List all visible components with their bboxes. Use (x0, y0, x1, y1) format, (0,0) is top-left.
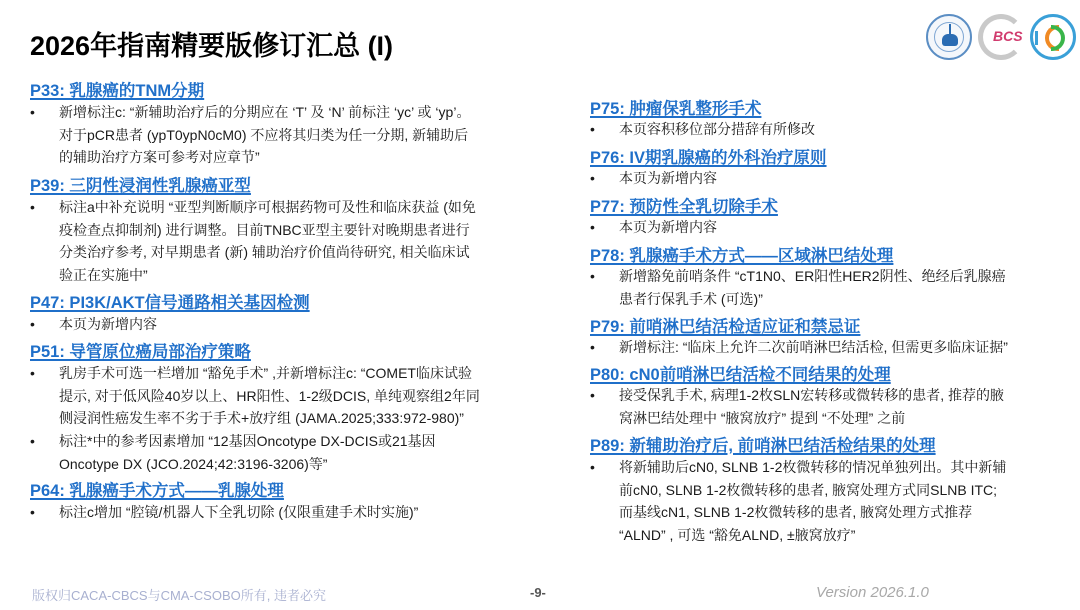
bullet-icon: • (590, 216, 610, 239)
section-heading-p75[interactable]: P75: 肿瘤保乳整形手术 (590, 95, 761, 119)
section-heading-p33[interactable]: P33: 乳腺癌的TNM分期 (30, 77, 204, 101)
section-heading-p80[interactable]: P80: cN0前哨淋巴结活检不同结果的处理 (590, 361, 891, 385)
bcs-logo-text: BCS (993, 28, 1023, 44)
bullet-text: 本页为新增内容 (619, 216, 717, 239)
bcs-logo-icon: BCS (978, 14, 1024, 60)
bullet-icon: • (30, 313, 50, 336)
bullet-text: 本页容积移位部分措辞有所修改 (619, 118, 815, 141)
section-heading-p39[interactable]: P39: 三阴性浸润性乳腺癌亚型 (30, 172, 251, 196)
bullet-icon: • (590, 456, 610, 479)
csobo-logo-icon (1030, 14, 1076, 60)
bullet-text: 新增豁免前哨条件 “cT1N0、ER阳性HER2阴性、绝经后乳腺癌 患者行保乳手… (619, 265, 1006, 310)
bullet-icon: • (30, 362, 50, 385)
page-title: 2026年指南精要版修订汇总 (I) (30, 24, 393, 63)
bullet-icon: • (590, 384, 610, 407)
footer-copyright: 版权归CACA-CBCS与CMA-CSOBO所有, 违者必究 (32, 585, 326, 604)
bullet-icon: • (590, 118, 610, 141)
bullet-icon: • (590, 336, 610, 359)
bullet-text: 本页为新增内容 (619, 167, 717, 190)
logo-group: BCS (926, 14, 1076, 60)
version-label: Version 2026.1.0 (816, 584, 929, 601)
section-heading-p78[interactable]: P78: 乳腺癌手术方式——区域淋巴结处理 (590, 242, 893, 266)
bullet-icon: • (30, 196, 50, 219)
bullet-icon: • (590, 167, 610, 190)
bullet-text: 标注c增加 “腔镜/机器人下全乳切除 (仅限重建手术时实施)” (59, 501, 418, 524)
bullet-text: 本页为新增内容 (59, 313, 157, 336)
page-number: -9- (530, 585, 546, 600)
bullet-icon: • (30, 101, 50, 124)
caca-logo-icon (926, 14, 972, 60)
bullet-icon: • (30, 430, 50, 453)
section-heading-p89[interactable]: P89: 新辅助治疗后, 前哨淋巴结活检结果的处理 (590, 432, 936, 456)
bullet-text: 标注*中的参考因素增加 “12基因Oncotype DX-DCIS或21基因 O… (59, 430, 436, 475)
bullet-text: 标注a中补充说明 “亚型判断顺序可根据药物可及性和临床获益 (如免 疫检查点抑制… (59, 196, 476, 286)
section-heading-p79[interactable]: P79: 前哨淋巴结活检适应证和禁忌证 (590, 313, 860, 337)
bullet-icon: • (590, 265, 610, 288)
bullet-text: 将新辅助后cN0, SLNB 1-2枚微转移的情况单独列出。其中新辅 前cN0,… (619, 456, 1006, 546)
section-heading-p51[interactable]: P51: 导管原位癌局部治疗策略 (30, 338, 251, 362)
section-heading-p47[interactable]: P47: PI3K/AKT信号通路相关基因检测 (30, 289, 310, 313)
bullet-text: 乳房手术可选一栏增加 “豁免手术” ,并新增标注c: “COMET临床试验 提示… (59, 362, 480, 430)
bullet-text: 接受保乳手术, 病理1-2枚SLN宏转移或微转移的患者, 推荐的腋 窝淋巴结处理… (619, 384, 1004, 429)
bullet-text: 新增标注c: “新辅助治疗后的分期应在 ‘T’ 及 ‘N’ 前标注 ‘yc’ 或… (59, 101, 470, 169)
bullet-text: 新增标注: “临床上允许二次前哨淋巴结活检, 但需更多临床证据” (619, 336, 1008, 359)
section-heading-p64[interactable]: P64: 乳腺癌手术方式——乳腺处理 (30, 477, 284, 501)
section-heading-p77[interactable]: P77: 预防性全乳切除手术 (590, 193, 778, 217)
section-heading-p76[interactable]: P76: IV期乳腺癌的外科治疗原则 (590, 144, 827, 168)
bullet-icon: • (30, 501, 50, 524)
